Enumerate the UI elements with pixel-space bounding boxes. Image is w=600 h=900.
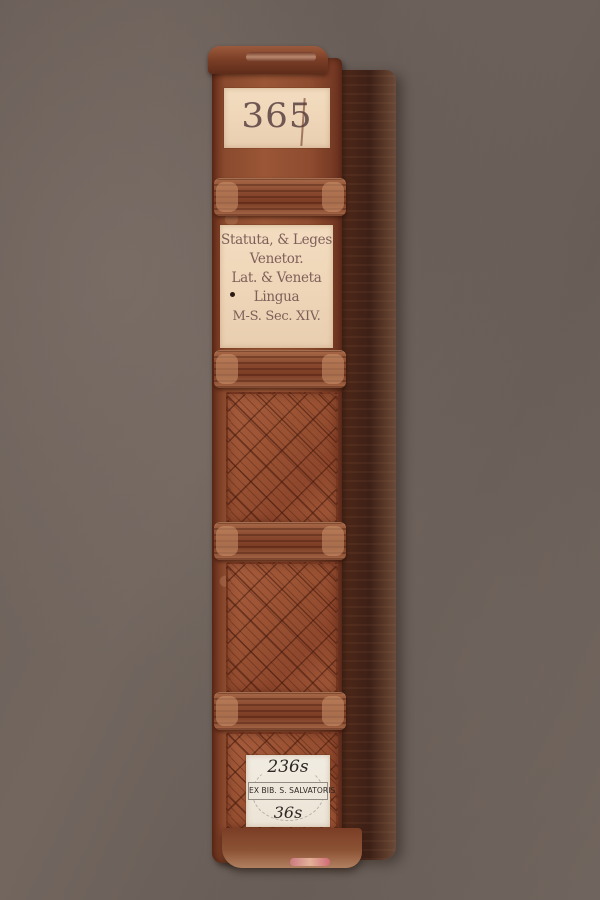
raised-band-1 [214, 178, 346, 216]
photo-scene: 365 Statuta, & Leges Venetor. Lat. & Ven… [0, 0, 600, 900]
raised-band-3 [214, 522, 346, 560]
shelf-number: 365 [221, 96, 332, 136]
tooled-panel-2 [226, 562, 338, 694]
label-hole [230, 292, 235, 297]
library-stamp: EX BIB. S. SALVATORIS [248, 782, 328, 800]
library-label: 236s EX BIB. S. SALVATORIS 36s [246, 755, 330, 827]
library-number-top: 236s [246, 757, 330, 777]
tooled-panel-1 [226, 392, 338, 524]
title-line-1: Statuta, & Leges [220, 231, 333, 250]
title-line-3: Lat. & Veneta [220, 269, 333, 288]
title-line-4: Lingua [220, 288, 333, 307]
raised-band-4 [214, 692, 346, 730]
book-head-cap [208, 46, 328, 74]
raised-band-2 [214, 350, 346, 388]
shelf-number-label: 365 [224, 88, 330, 148]
library-number-bottom: 36s [246, 803, 330, 823]
title-line-5: M-S. Sec. XIV. [220, 307, 333, 326]
title-label: Statuta, & Leges Venetor. Lat. & Veneta … [220, 225, 333, 348]
title-line-2: Venetor. [220, 250, 333, 269]
book-tail-cap [222, 828, 362, 868]
